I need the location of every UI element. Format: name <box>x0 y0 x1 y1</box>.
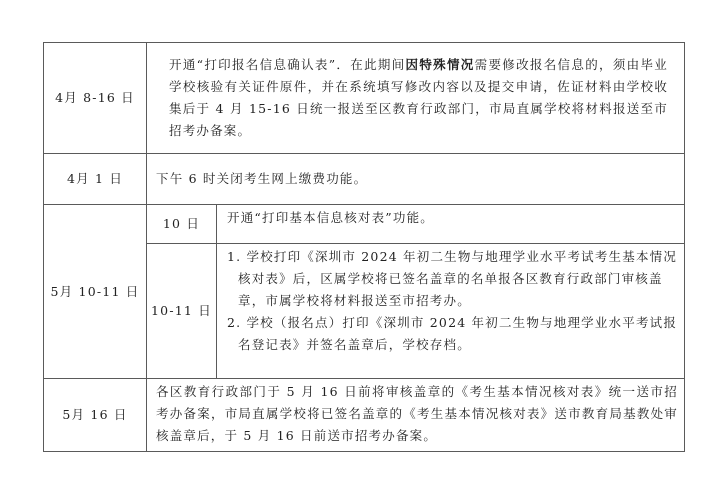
sub-description-cell: 1. 学校打印《深圳市 2024 年初二生物与地理学业水平考试考生基本情况核对表… <box>217 244 685 379</box>
list-item: 2. 学校（报名点）打印《深圳市 2024 年初二生物与地理学业水平考试报名登记… <box>227 312 680 356</box>
date-cell: 5月 16 日 <box>44 379 147 452</box>
date-cell: 5月 10-11 日 <box>44 205 147 379</box>
schedule-table: 4月 8-16 日 开通“打印报名信息确认表”．在此期间因特殊情况需要修改报名信… <box>43 42 685 452</box>
description-cell: 开通“打印报名信息确认表”．在此期间因特殊情况需要修改报名信息的，须由毕业学校核… <box>147 43 685 154</box>
sub-description-cell: 开通“打印基本信息核对表”功能。 <box>217 205 685 244</box>
description-cell: 下午 6 时关闭考生网上缴费功能。 <box>147 154 685 205</box>
table-row: 4月 8-16 日 开通“打印报名信息确认表”．在此期间因特殊情况需要修改报名信… <box>44 43 685 154</box>
description-cell: 各区教育行政部门于 5 月 16 日前将审核盖章的《考生基本情况核对表》统一送市… <box>147 379 685 452</box>
sub-date-cell: 10-11 日 <box>147 244 217 379</box>
table-row: 4月 1 日 下午 6 时关闭考生网上缴费功能。 <box>44 154 685 205</box>
sub-date-cell: 10 日 <box>147 205 217 244</box>
list-item: 1. 学校打印《深圳市 2024 年初二生物与地理学业水平考试考生基本情况核对表… <box>227 246 680 312</box>
date-cell: 4月 1 日 <box>44 154 147 205</box>
description-text: 开通“打印报名信息确认表”．在此期间 <box>169 57 406 72</box>
date-cell: 4月 8-16 日 <box>44 43 147 154</box>
emphasis-text: 因特殊情况 <box>406 57 475 72</box>
table-row: 5月 10-11 日 10 日 开通“打印基本信息核对表”功能。 <box>44 205 685 244</box>
table-row: 5月 16 日 各区教育行政部门于 5 月 16 日前将审核盖章的《考生基本情况… <box>44 379 685 452</box>
